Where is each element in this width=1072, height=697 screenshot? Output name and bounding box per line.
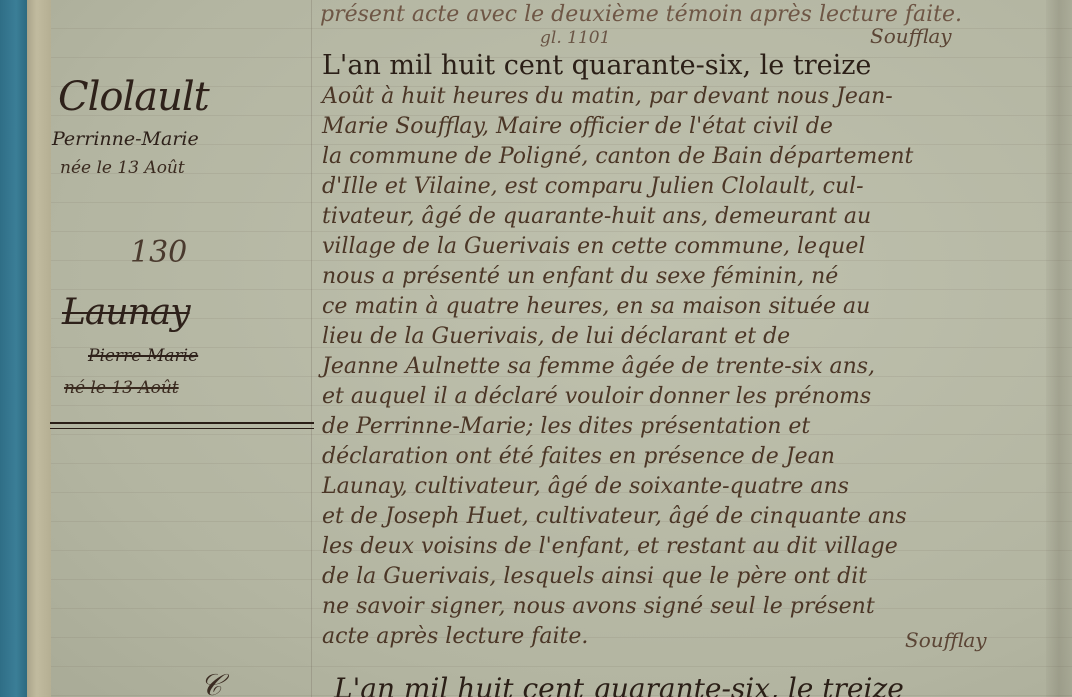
record-line-11: Jeanne Aulnette sa femme âgée de trente-…	[322, 354, 875, 379]
record-line-6: tivateur, âgé de quarante-huit ans, deme…	[322, 204, 871, 229]
record-line-2: Août à huit heures du matin, par devant …	[322, 84, 893, 109]
margin-given-names: Perrinne-Marie	[52, 128, 199, 150]
margin-surname-clolault: Clolault	[58, 74, 209, 120]
record-line-13: de Perrinne-Marie; les dites présentatio…	[322, 414, 810, 439]
margin-given-names-struck: Pierre-Marie	[88, 346, 198, 366]
previous-entry-signature: Soufflay	[870, 24, 952, 48]
record-line-4: la commune de Poligné, canton de Bain dé…	[322, 144, 913, 169]
record-line-9: ce matin à quatre heures, en sa maison s…	[322, 294, 870, 319]
folio-note: gl. 1101	[540, 28, 610, 48]
record-line-20: acte après lecture faite.	[322, 624, 588, 649]
margin-birth-date: née le 13 Août	[60, 158, 185, 178]
record-line-7: village de la Guerivais en cette commune…	[322, 234, 865, 259]
paper-edge	[27, 0, 51, 697]
margin-surname-launay: Launay	[62, 292, 190, 333]
record-line-18: de la Guerivais, lesquels ainsi que le p…	[322, 564, 867, 589]
record-line-19: ne savoir signer, nous avons signé seul …	[322, 594, 875, 619]
blue-binding-strip	[0, 0, 27, 697]
record-line-1: L'an mil huit cent quarante-six, le trei…	[322, 50, 871, 81]
margin-rule-line	[311, 0, 312, 697]
mayor-signature: Soufflay	[905, 628, 987, 652]
margin-divider-rule	[50, 422, 314, 429]
margin-birth-date-struck: né le 13 Août	[64, 378, 179, 398]
record-line-14: déclaration ont été faites en présence d…	[322, 444, 835, 469]
record-line-10: lieu de la Guerivais, de lui déclarant e…	[322, 324, 790, 349]
record-line-8: nous a présenté un enfant du sexe fémini…	[322, 264, 838, 289]
record-line-16: et de Joseph Huet, cultivateur, âgé de c…	[322, 504, 907, 529]
record-line-17: les deux voisins de l'enfant, et restant…	[322, 534, 898, 559]
record-line-5: d'Ille et Vilaine, est comparu Julien Cl…	[322, 174, 864, 199]
entry-number: 130	[130, 235, 187, 270]
next-margin-flourish: 𝒞	[200, 668, 222, 697]
record-line-15: Launay, cultivateur, âgé de soixante-qua…	[322, 474, 849, 499]
right-gutter-shadow	[1046, 0, 1072, 697]
previous-entry-closing-line: présent acte avec le deuxième témoin apr…	[320, 2, 962, 27]
record-line-3: Marie Soufflay, Maire officier de l'état…	[322, 114, 833, 139]
next-entry-heading: L'an mil huit cent quarante-six, le trei…	[334, 672, 904, 697]
record-line-12: et auquel il a déclaré vouloir donner le…	[322, 384, 871, 409]
manuscript-page: présent acte avec le deuxième témoin apr…	[0, 0, 1072, 697]
